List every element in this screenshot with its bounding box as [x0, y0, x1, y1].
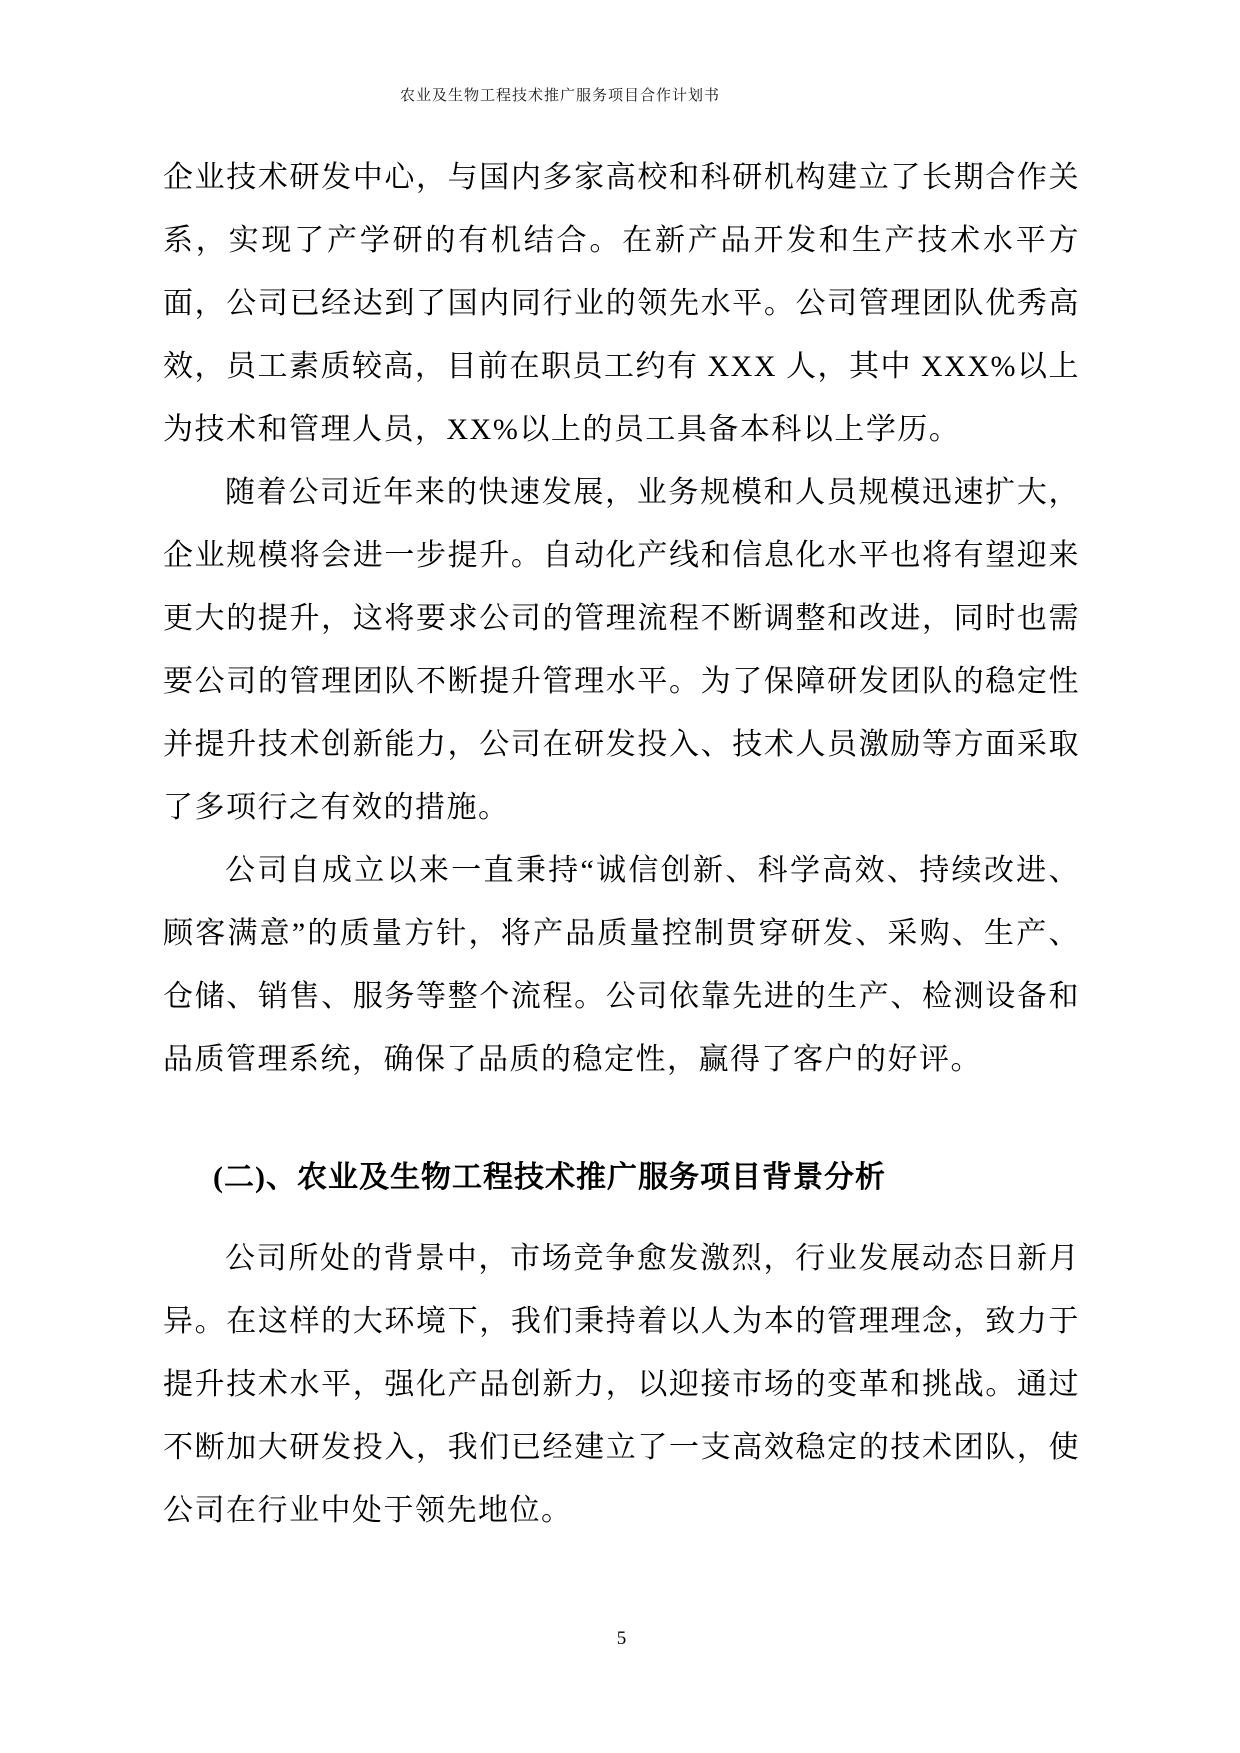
section-heading: (二)、农业及生物工程技术推广服务项目背景分析	[163, 1146, 1080, 1209]
body-paragraph: 公司所处的背景中，市场竞争愈发激烈，行业发展动态日新月异。在这样的大环境下，我们…	[163, 1227, 1080, 1542]
body-paragraph: 企业技术研发中心，与国内多家高校和科研机构建立了长期合作关系，实现了产学研的有机…	[163, 146, 1080, 461]
body-paragraph: 随着公司近年来的快速发展，业务规模和人员规模迅速扩大，企业规模将会进一步提升。自…	[163, 461, 1080, 839]
document-body: 企业技术研发中心，与国内多家高校和科研机构建立了长期合作关系，实现了产学研的有机…	[163, 146, 1080, 1542]
page-header-title: 农业及生物工程技术推广服务项目合作计划书	[0, 84, 1120, 105]
document-page: 农业及生物工程技术推广服务项目合作计划书 企业技术研发中心，与国内多家高校和科研…	[0, 0, 1240, 1753]
body-paragraph: 公司自成立以来一直秉持“诚信创新、科学高效、持续改进、顾客满意”的质量方针，将产…	[163, 839, 1080, 1091]
page-number: 5	[163, 1628, 1080, 1650]
